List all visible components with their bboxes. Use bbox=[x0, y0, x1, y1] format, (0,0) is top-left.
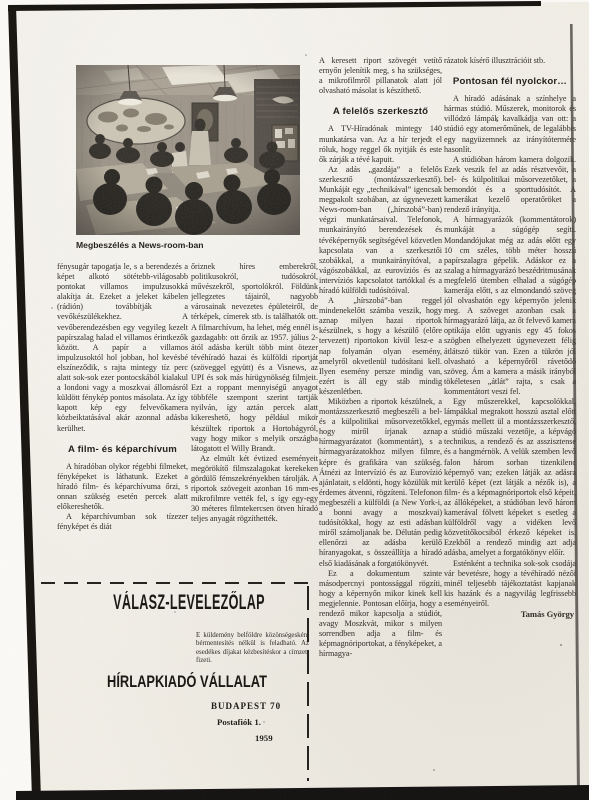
paragraph: A képarchívumban sok tízezer fényképet é… bbox=[57, 512, 188, 532]
section-heading-pontosan-fel-nyolckor: Pontosan fél nyolckor… bbox=[444, 77, 576, 87]
reply-card-city: BUDAPEST 70 bbox=[211, 701, 281, 711]
paragraph: A TV-Híradónak mintegy 140 munkatársa va… bbox=[319, 124, 442, 164]
section-heading-film-es-keparchivum: A film- és képarchívum bbox=[57, 445, 188, 455]
paragraph: A hírmagyarázók (kommentátorok) munkáját… bbox=[444, 215, 576, 397]
paragraph: rázatok kísérő illusztrációit stb. bbox=[444, 56, 576, 66]
reply-card-company: HÍRLAPKIADÓ VÁLLALAT bbox=[78, 673, 296, 692]
news-room-photo-illustration bbox=[76, 65, 300, 235]
paragraph: A stúdióban három kamera dolgozik. Ezek … bbox=[444, 155, 576, 216]
reply-card-note: E küldemény belföldre közönségesként bér… bbox=[196, 632, 309, 665]
paragraph: fénysugár tapogatja le, s a berendezés a… bbox=[57, 262, 188, 434]
scanned-page: Megbeszélés a News-room-ban fénysugár ta… bbox=[0, 0, 589, 800]
section-heading-felelos-szerkeszto: A felelős szerkesztő bbox=[319, 107, 442, 117]
paragraph: A híradóban olykor régebbi filmeket, fén… bbox=[57, 462, 188, 512]
reply-card-dashed-border-right bbox=[307, 586, 309, 781]
photo-caption: Megbeszélés a News-room-ban bbox=[76, 240, 300, 250]
paragraph: A „hírszobá”-ban reggel mindenekelőtt sz… bbox=[319, 296, 442, 397]
paragraph: Miközben a riportok készülnek, a montázs… bbox=[319, 397, 442, 569]
reply-card-pobox: Postafiók 1. bbox=[217, 717, 261, 727]
paragraph: Az adás „gazdája” a felelős szerkesztő (… bbox=[319, 165, 442, 296]
paragraph: Ez a dokumentum szinte másodpercnyi pont… bbox=[319, 569, 442, 660]
news-room-photo bbox=[76, 65, 300, 235]
paragraph: Esténként a technika sok-sok csodája vár… bbox=[444, 559, 576, 609]
paragraph: A keresett riport szövegét vetítő ernyőn… bbox=[319, 56, 442, 96]
reply-card-year: 1959 bbox=[255, 733, 273, 743]
column-3: A keresett riport szövegét vetítő ernyőn… bbox=[319, 56, 442, 764]
paragraph: őriznek híres emberekről, politikusokról… bbox=[191, 262, 318, 454]
paragraph: Egy műszerekkel, kapcsolókkal, lámpákkal… bbox=[444, 397, 576, 559]
column-1: fénysugár tapogatja le, s a berendezés a… bbox=[57, 262, 188, 578]
paragraph: Az elmúlt két évtized eseményeit megörök… bbox=[191, 454, 318, 525]
paragraph: A híradó adásának a színhelye a hármas s… bbox=[444, 94, 576, 155]
author-signature: Tamás György bbox=[444, 609, 576, 619]
reply-card-dashed-border-top bbox=[18, 582, 309, 584]
reply-card-title: VÁLASZ-LEVELEZŐLAP bbox=[105, 591, 273, 615]
column-2: őriznek híres emberekről, politikusokról… bbox=[191, 262, 318, 578]
column-4: rázatok kísérő illusztrációit stb. Ponto… bbox=[444, 56, 576, 764]
